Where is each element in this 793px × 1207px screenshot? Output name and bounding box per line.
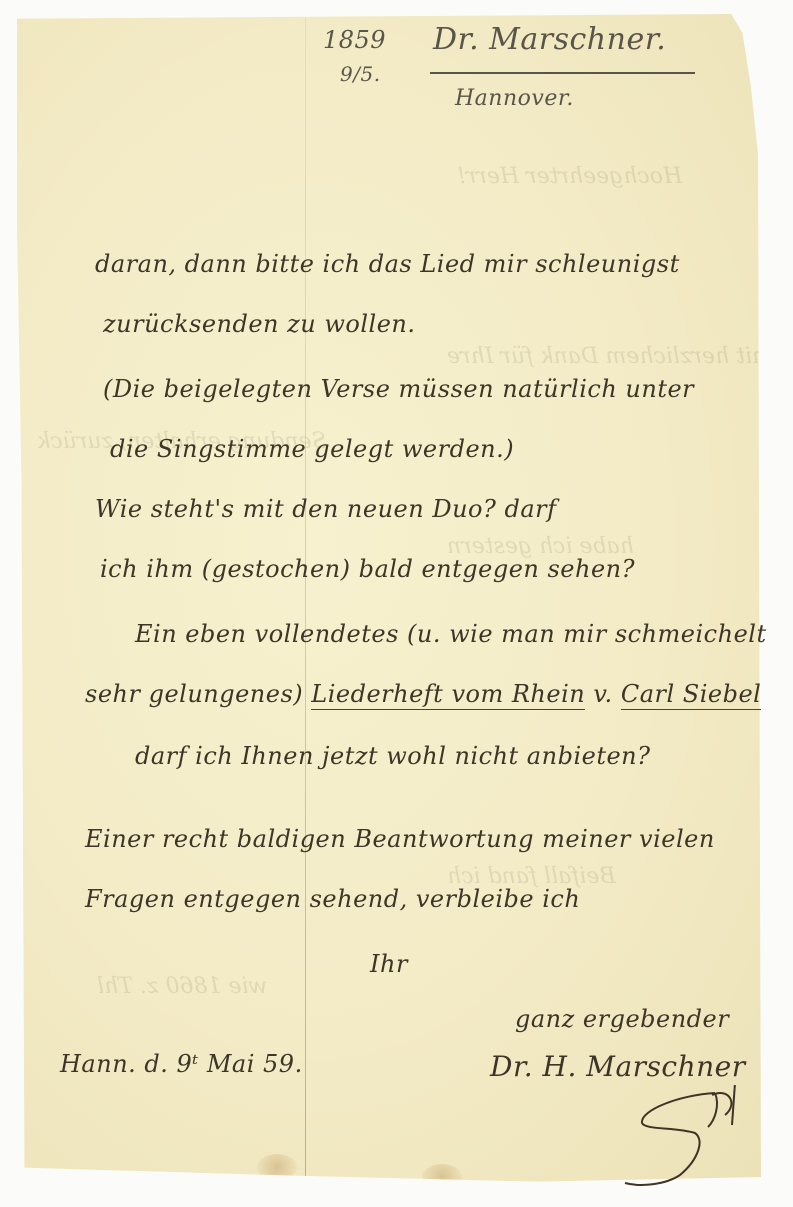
body-line: Einer recht baldigen Beantwortung meiner… — [85, 825, 715, 853]
body-line: (Die beigelegten Verse müssen natürlich … — [103, 375, 694, 403]
body-line: die Singstimme gelegt werden.) — [110, 435, 514, 463]
title-liederheft: Liederheft vom Rhein — [311, 680, 585, 710]
body-line: zurücksenden zu wollen. — [103, 310, 416, 338]
fold-crease — [305, 14, 306, 1184]
body-line: Ein eben vollendetes (u. wie man mir sch… — [135, 620, 767, 648]
body-line: Fragen entgegen sehend, verbleibe ich — [85, 885, 580, 913]
closing-salutation: Ihr — [370, 950, 408, 978]
header-place: Hannover. — [455, 86, 574, 111]
place-date: Hann. d. 9ᵗ Mai 59. — [60, 1050, 303, 1078]
header-name: Dr. Marschner. — [433, 22, 666, 57]
signature-flourish-icon — [620, 1085, 780, 1195]
body-line: ich ihm (gestochen) bald entgegen sehen? — [100, 555, 635, 583]
header-year: 1859 — [323, 26, 386, 54]
closing-phrase: ganz ergebender — [515, 1005, 729, 1033]
text-fragment: sehr gelungenes) — [85, 680, 311, 708]
bleed-through-text: Hochgeehrter Herr! — [457, 164, 682, 189]
header-underline — [430, 72, 695, 74]
signature: Dr. H. Marschner — [490, 1050, 746, 1083]
body-line: Wie steht's mit den neuen Duo? darf — [95, 495, 557, 523]
bleed-through-text: mit herzlichem Dank für Ihre — [447, 344, 773, 369]
body-line: sehr gelungenes) Liederheft vom Rhein v.… — [85, 680, 761, 708]
composer-name: Carl Siebel — [621, 680, 762, 710]
bleed-through-text: wie 1860 z. Thl — [97, 974, 267, 999]
stain — [422, 1164, 462, 1190]
body-line: daran, dann bitte ich das Lied mir schle… — [95, 250, 680, 278]
stain — [257, 1154, 297, 1180]
header-date: 9/5. — [340, 62, 381, 86]
body-line: darf ich Ihnen jetzt wohl nicht anbieten… — [135, 742, 651, 770]
